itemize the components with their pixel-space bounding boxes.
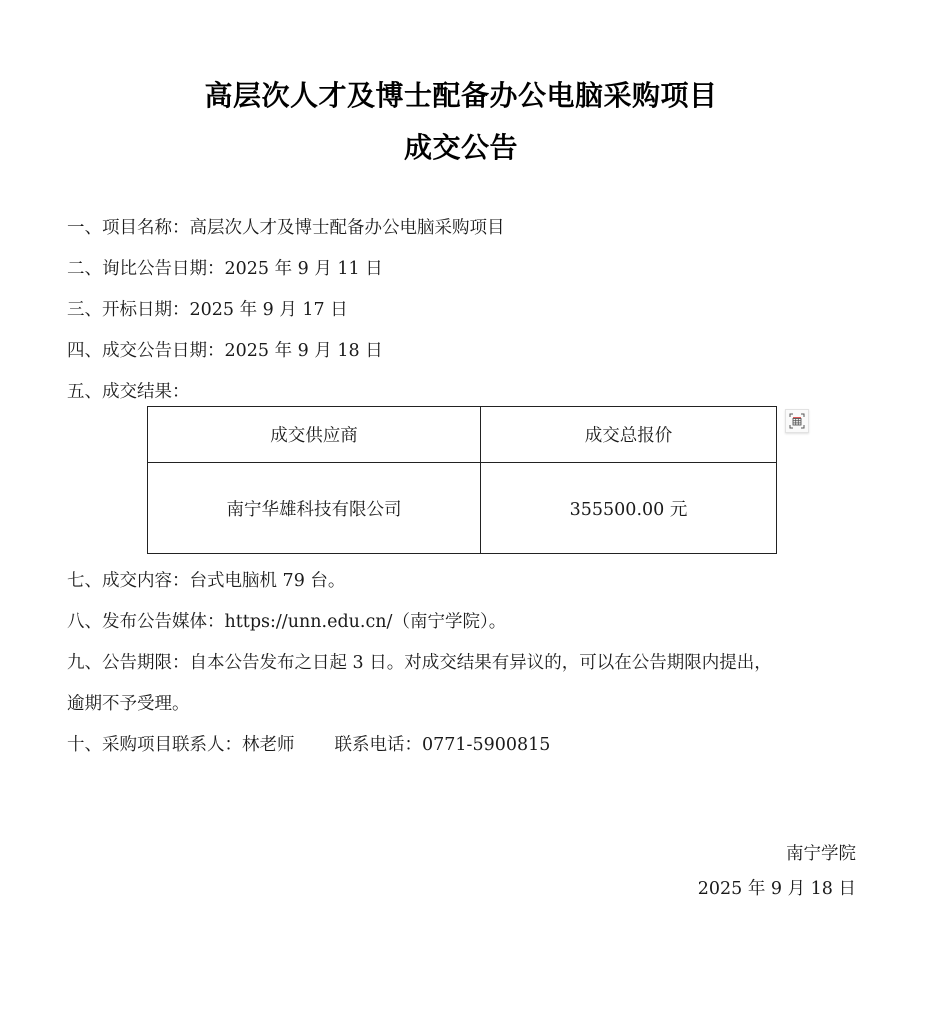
item-award-date: 四、成交公告日期：2025 年 9 月 18 日 — [67, 339, 383, 363]
result-table: 成交供应商 成交总报价 南宁华雄科技有限公司 355500.00 元 — [147, 406, 777, 554]
contact-person: 十、采购项目联系人：林老师 — [67, 735, 295, 755]
table-row: 南宁华雄科技有限公司 355500.00 元 — [148, 463, 777, 554]
cell-total-price: 355500.00 元 — [481, 463, 777, 554]
item-bid-open-date: 三、开标日期：2025 年 9 月 17 日 — [67, 298, 348, 322]
cell-supplier: 南宁华雄科技有限公司 — [148, 463, 481, 554]
signature-date: 2025 年 9 月 18 日 — [698, 877, 856, 901]
item-contact: 十、采购项目联系人：林老师联系电话：0771-5900815 — [67, 733, 550, 757]
header-total-price: 成交总报价 — [481, 407, 777, 463]
document-title: 高层次人才及博士配备办公电脑采购项目 — [0, 74, 922, 114]
item-period-line1: 九、公告期限：自本公告发布之日起 3 日。对成交结果有异议的，可以在公告期限内提… — [67, 651, 772, 675]
item-media: 八、发布公告媒体：https://unn.edu.cn/（南宁学院）。 — [67, 610, 506, 634]
item-result-heading: 五、成交结果： — [67, 380, 190, 404]
table-header-row: 成交供应商 成交总报价 — [148, 407, 777, 463]
header-supplier: 成交供应商 — [148, 407, 481, 463]
item-project-name: 一、项目名称：高层次人才及博士配备办公电脑采购项目 — [67, 216, 505, 240]
contact-phone: 联系电话：0771-5900815 — [335, 735, 551, 755]
item-period-line2: 逾期不予受理。 — [67, 692, 190, 716]
table-tool-button[interactable] — [785, 409, 809, 433]
document-subtitle: 成交公告 — [0, 126, 922, 166]
signature-org: 南宁学院 — [786, 842, 856, 866]
table-grid-icon — [789, 413, 805, 429]
item-content: 七、成交内容：台式电脑机 79 台。 — [67, 569, 345, 593]
item-inquiry-date: 二、询比公告日期：2025 年 9 月 11 日 — [67, 257, 383, 281]
